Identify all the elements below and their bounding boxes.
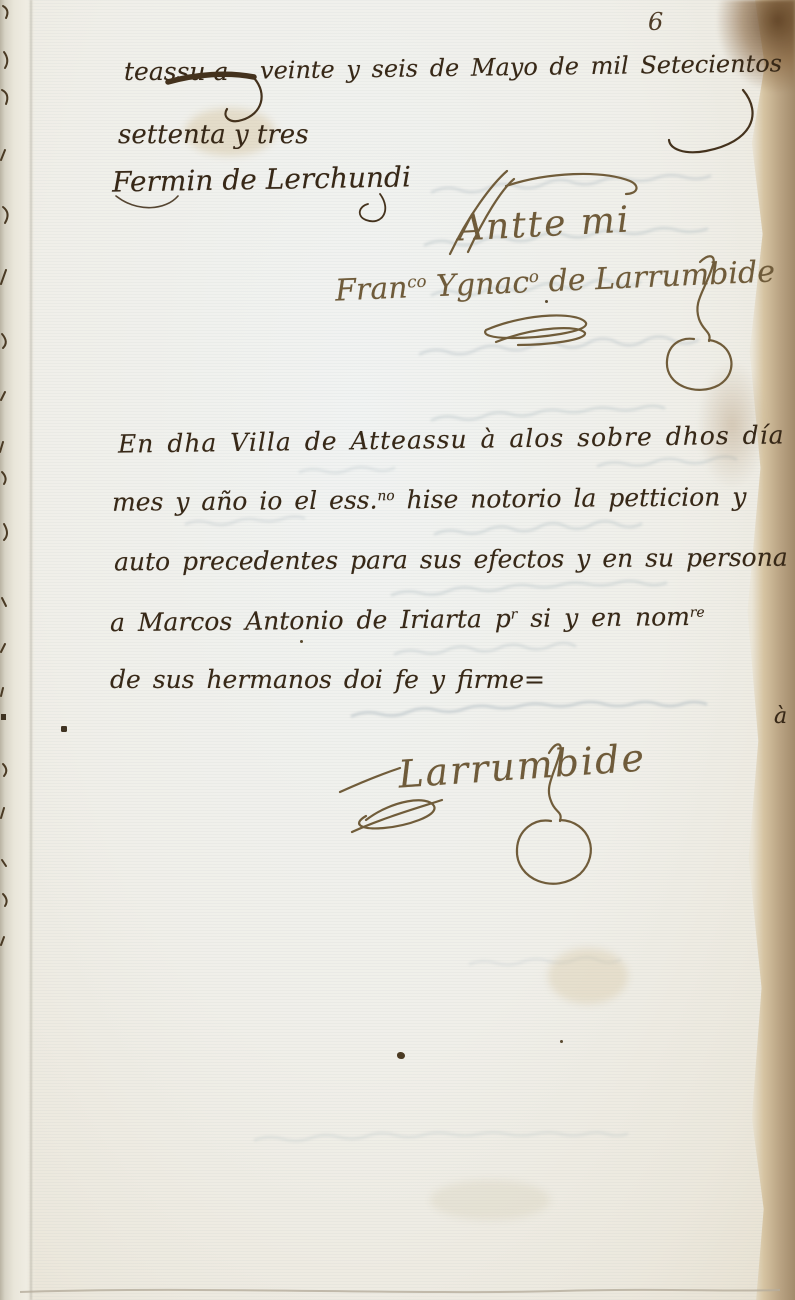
date-line-2: settenta y tres [118, 120, 309, 150]
act-line-3: auto precedentes para sus efectos y en s… [114, 543, 788, 577]
ink-spot [545, 300, 548, 303]
act-line-2: mes y año io el ess.no hise notorio la p… [112, 482, 747, 517]
left-page-edge [0, 0, 36, 1300]
act-line-1: En dha Villa de Atteassu à alos sobre dh… [118, 420, 785, 458]
act-text: si y en nom [517, 602, 690, 633]
date-line-rest: veinte y seis de Mayo de mil Setecientos [260, 49, 782, 84]
margin-note: à [774, 704, 787, 729]
rubric-loop-upper [667, 339, 732, 390]
bottom-edge-crack [20, 1290, 780, 1292]
notary-surname-signature: Larrumbide [397, 735, 647, 796]
notary-superscript: co [407, 272, 427, 292]
notary-rubric [485, 315, 586, 338]
act-line-4: a Marcos Antonio de Iriarta pr si y en n… [110, 602, 705, 637]
ink-spot [560, 1040, 563, 1043]
act-text: a Marcos Antonio de Iriarta p [110, 604, 511, 637]
ink-spot [300, 640, 303, 643]
right-deckle-edge [741, 0, 795, 1300]
lerchundi-descender [360, 194, 386, 221]
act-line-5: de sus hermanos doi fe y firme= [110, 665, 545, 694]
ink-spot [61, 726, 67, 732]
page-number: 6 [648, 8, 663, 36]
top-right-corner-stain [717, 0, 795, 92]
ante-mi-phrase: Antte mi [457, 200, 631, 250]
ink-spot [397, 1052, 405, 1059]
notary-name-part: Ygnac [426, 265, 530, 304]
manuscript-page: 6 teassu a veinte y seis de Mayo de mil … [0, 0, 795, 1300]
notary-signature: Franco Ygnaco de Larrumbide [334, 254, 775, 308]
line-end-swash [669, 90, 753, 152]
gutter-shadow-line [29, 0, 33, 1300]
larrumbide-lead-in [340, 768, 400, 792]
paper-stain [548, 948, 628, 1004]
scribe-signature: Fermin de Lerchundi [112, 160, 411, 198]
left-margin-ink-fragments [0, 0, 36, 1300]
notary-name-part: Fran [334, 270, 408, 308]
paper-stain [430, 1180, 550, 1220]
act-text: mes y año io el ess. [112, 485, 378, 516]
act-text: hise notorio la petticion y [394, 482, 746, 514]
notary-name-part: de Larrumbide [538, 254, 775, 299]
act-superscript: re [690, 605, 705, 621]
act-superscript: no [377, 488, 394, 504]
date-line-start: teassu a [124, 57, 228, 86]
rubric-loop-lower [517, 820, 591, 884]
